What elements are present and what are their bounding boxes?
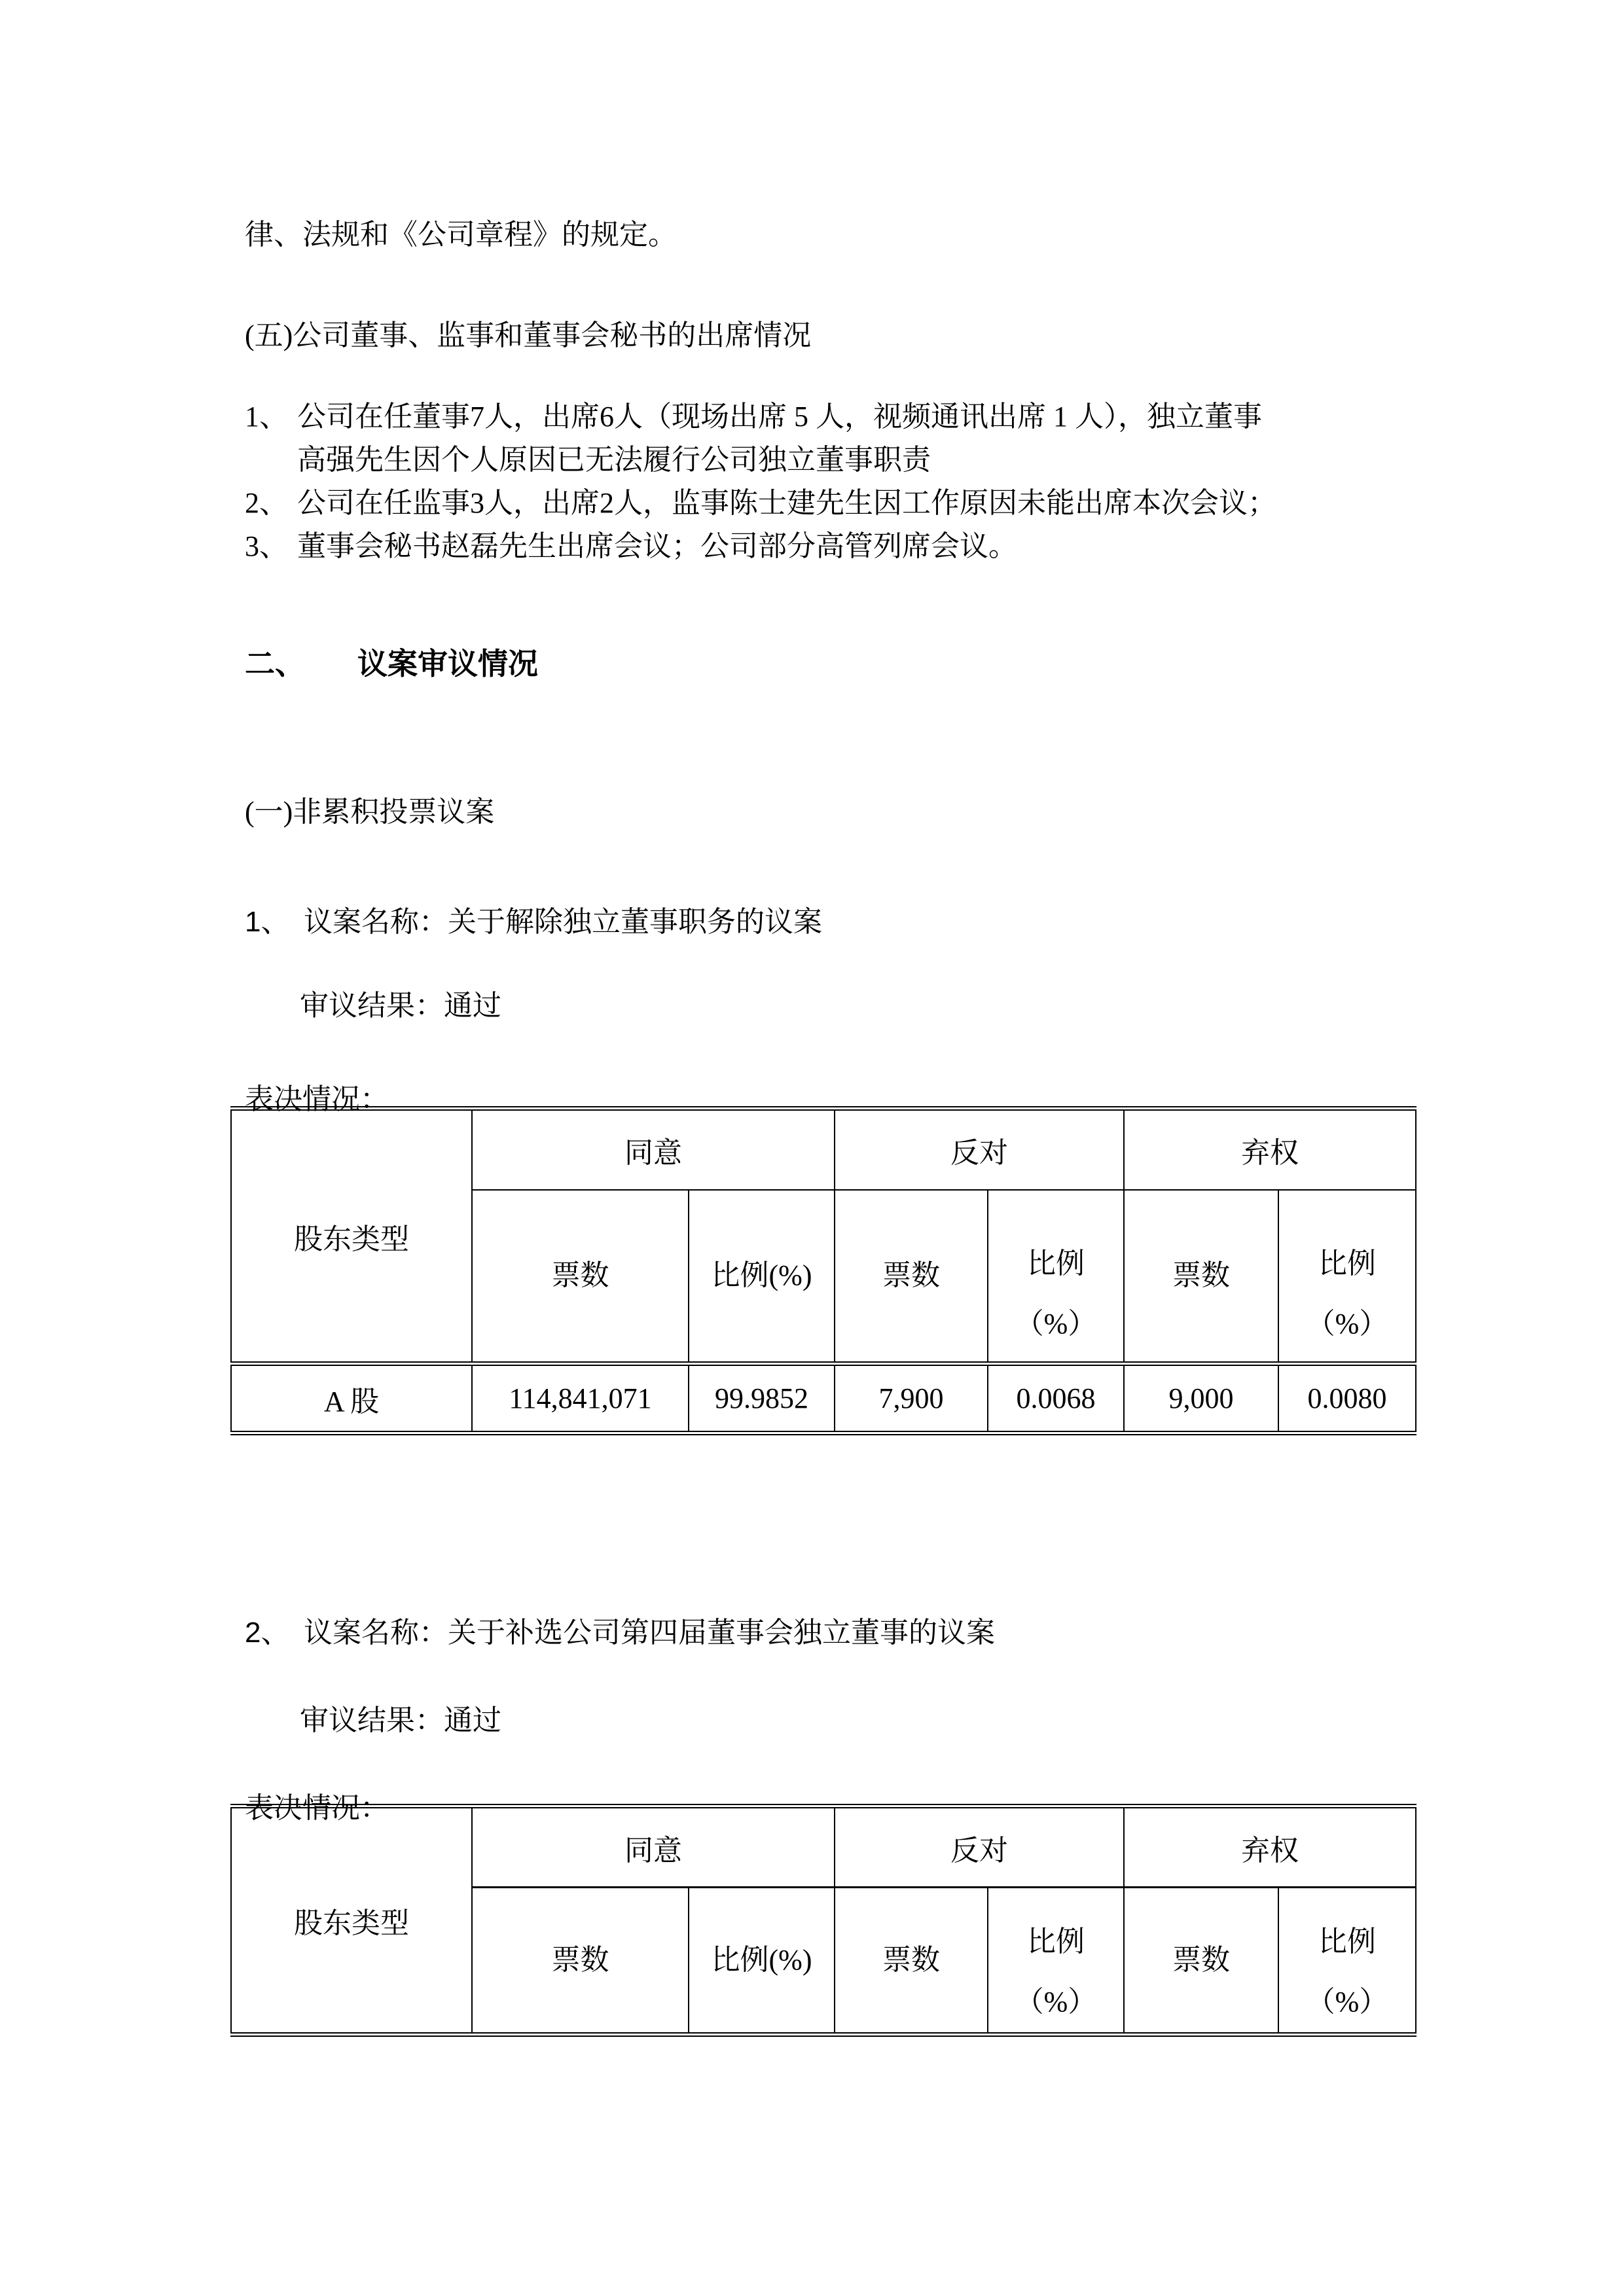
- header-abstain-ratio: 比例（%）: [1278, 1888, 1416, 2035]
- proposal-number: 2、: [245, 1609, 304, 1651]
- list-item-text: 董事会秘书赵磊先生出席会议；公司部分高管列席会议。: [297, 530, 1017, 562]
- list-item-number: 1、: [245, 395, 297, 439]
- header-abstain-votes: 票数: [1124, 1888, 1278, 2035]
- header-against-ratio: 比例（%）: [988, 1190, 1124, 1364]
- header-against-votes: 票数: [835, 1888, 988, 2035]
- list-item-number: 3、: [245, 525, 297, 568]
- cell-abstain-votes: 9,000: [1124, 1364, 1278, 1433]
- section-five-heading: (五)公司董事、监事和董事会秘书的出席情况: [245, 312, 1423, 353]
- table-row: 股东类型 同意 反对 弃权: [231, 1109, 1416, 1190]
- attendance-item-1: 1、公司在任董事7人，出席6人（现场出席 5 人，视频通讯出席 1 人），独立董…: [245, 395, 1423, 482]
- cell-agree-ratio: 99.9852: [689, 1364, 835, 1433]
- header-against: 反对: [835, 1806, 1124, 1888]
- cell-against-votes: 7,900: [835, 1364, 988, 1433]
- section-number: 二、: [245, 640, 357, 683]
- section-two-heading: 二、议案审议情况: [245, 640, 1423, 683]
- list-item-text: 公司在任董事7人，出席6人（现场出席 5 人，视频通讯出席 1 人），独立董事: [297, 401, 1262, 433]
- header-against-votes: 票数: [835, 1190, 988, 1364]
- proposal-2-result-line: 审议结果：通过: [300, 1696, 1478, 1738]
- header-agree-votes: 票数: [472, 1190, 689, 1364]
- header-agree-ratio: 比例(%): [689, 1888, 835, 2035]
- cell-shareholder-type: A 股: [231, 1364, 472, 1433]
- proposal-1-result-line: 审议结果：通过: [300, 982, 1478, 1024]
- header-abstain-votes: 票数: [1124, 1190, 1278, 1364]
- header-agree: 同意: [472, 1806, 835, 1888]
- attendance-list: 1、公司在任董事7人，出席6人（现场出席 5 人，视频通讯出席 1 人），独立董…: [245, 395, 1423, 568]
- document-page: 律、法规和《公司章程》的规定。 (五)公司董事、监事和董事会秘书的出席情况 1、…: [0, 0, 1624, 2296]
- proposal-1-name-line: 1、议案名称：关于解除独立董事职务的议案: [245, 898, 1423, 940]
- header-shareholder-type: 股东类型: [231, 1806, 472, 2035]
- attendance-item-3: 3、董事会秘书赵磊先生出席会议；公司部分高管列席会议。: [245, 525, 1423, 568]
- proposal-2-name-line: 2、议案名称：关于补选公司第四届董事会独立董事的议案: [245, 1609, 1423, 1651]
- header-abstain: 弃权: [1124, 1806, 1416, 1888]
- intro-text: 律、法规和《公司章程》的规定。: [245, 211, 1423, 253]
- list-item-text: 公司在任监事3人，出席2人，监事陈士建先生因工作原因未能出席本次会议；: [297, 487, 1276, 519]
- header-abstain-ratio: 比例（%）: [1278, 1190, 1416, 1364]
- cell-against-ratio: 0.0068: [988, 1364, 1124, 1433]
- proposal-name: 议案名称：关于解除独立董事职务的议案: [304, 906, 822, 938]
- proposal-name: 议案名称：关于补选公司第四届董事会独立董事的议案: [304, 1617, 995, 1649]
- voting-table-1: 股东类型 同意 反对 弃权 票数 比例(%) 票数 比例（%） 票数 比例（%）…: [230, 1106, 1416, 1435]
- section-title: 议案审议情况: [357, 647, 538, 681]
- table-data-row: A 股 114,841,071 99.9852 7,900 0.0068 9,0…: [231, 1364, 1416, 1433]
- cell-abstain-ratio: 0.0080: [1278, 1364, 1416, 1433]
- header-against: 反对: [835, 1109, 1124, 1190]
- subsection-one-heading: (一)非累积投票议案: [245, 788, 1423, 830]
- table-row: 股东类型 同意 反对 弃权: [231, 1806, 1416, 1888]
- cell-agree-votes: 114,841,071: [472, 1364, 689, 1433]
- voting-table-2: 股东类型 同意 反对 弃权 票数 比例(%) 票数 比例（%） 票数 比例（%）: [230, 1804, 1416, 2037]
- list-item-number: 2、: [245, 482, 297, 525]
- list-item-text-continued: 高强先生因个人原因已无法履行公司独立董事职责: [297, 444, 931, 476]
- header-agree-votes: 票数: [472, 1888, 689, 2035]
- header-agree: 同意: [472, 1109, 835, 1190]
- header-abstain: 弃权: [1124, 1109, 1416, 1190]
- header-agree-ratio: 比例(%): [689, 1190, 835, 1364]
- header-shareholder-type: 股东类型: [231, 1109, 472, 1364]
- header-against-ratio: 比例（%）: [988, 1888, 1124, 2035]
- attendance-item-2: 2、公司在任监事3人，出席2人，监事陈士建先生因工作原因未能出席本次会议；: [245, 482, 1423, 525]
- proposal-number: 1、: [245, 898, 304, 940]
